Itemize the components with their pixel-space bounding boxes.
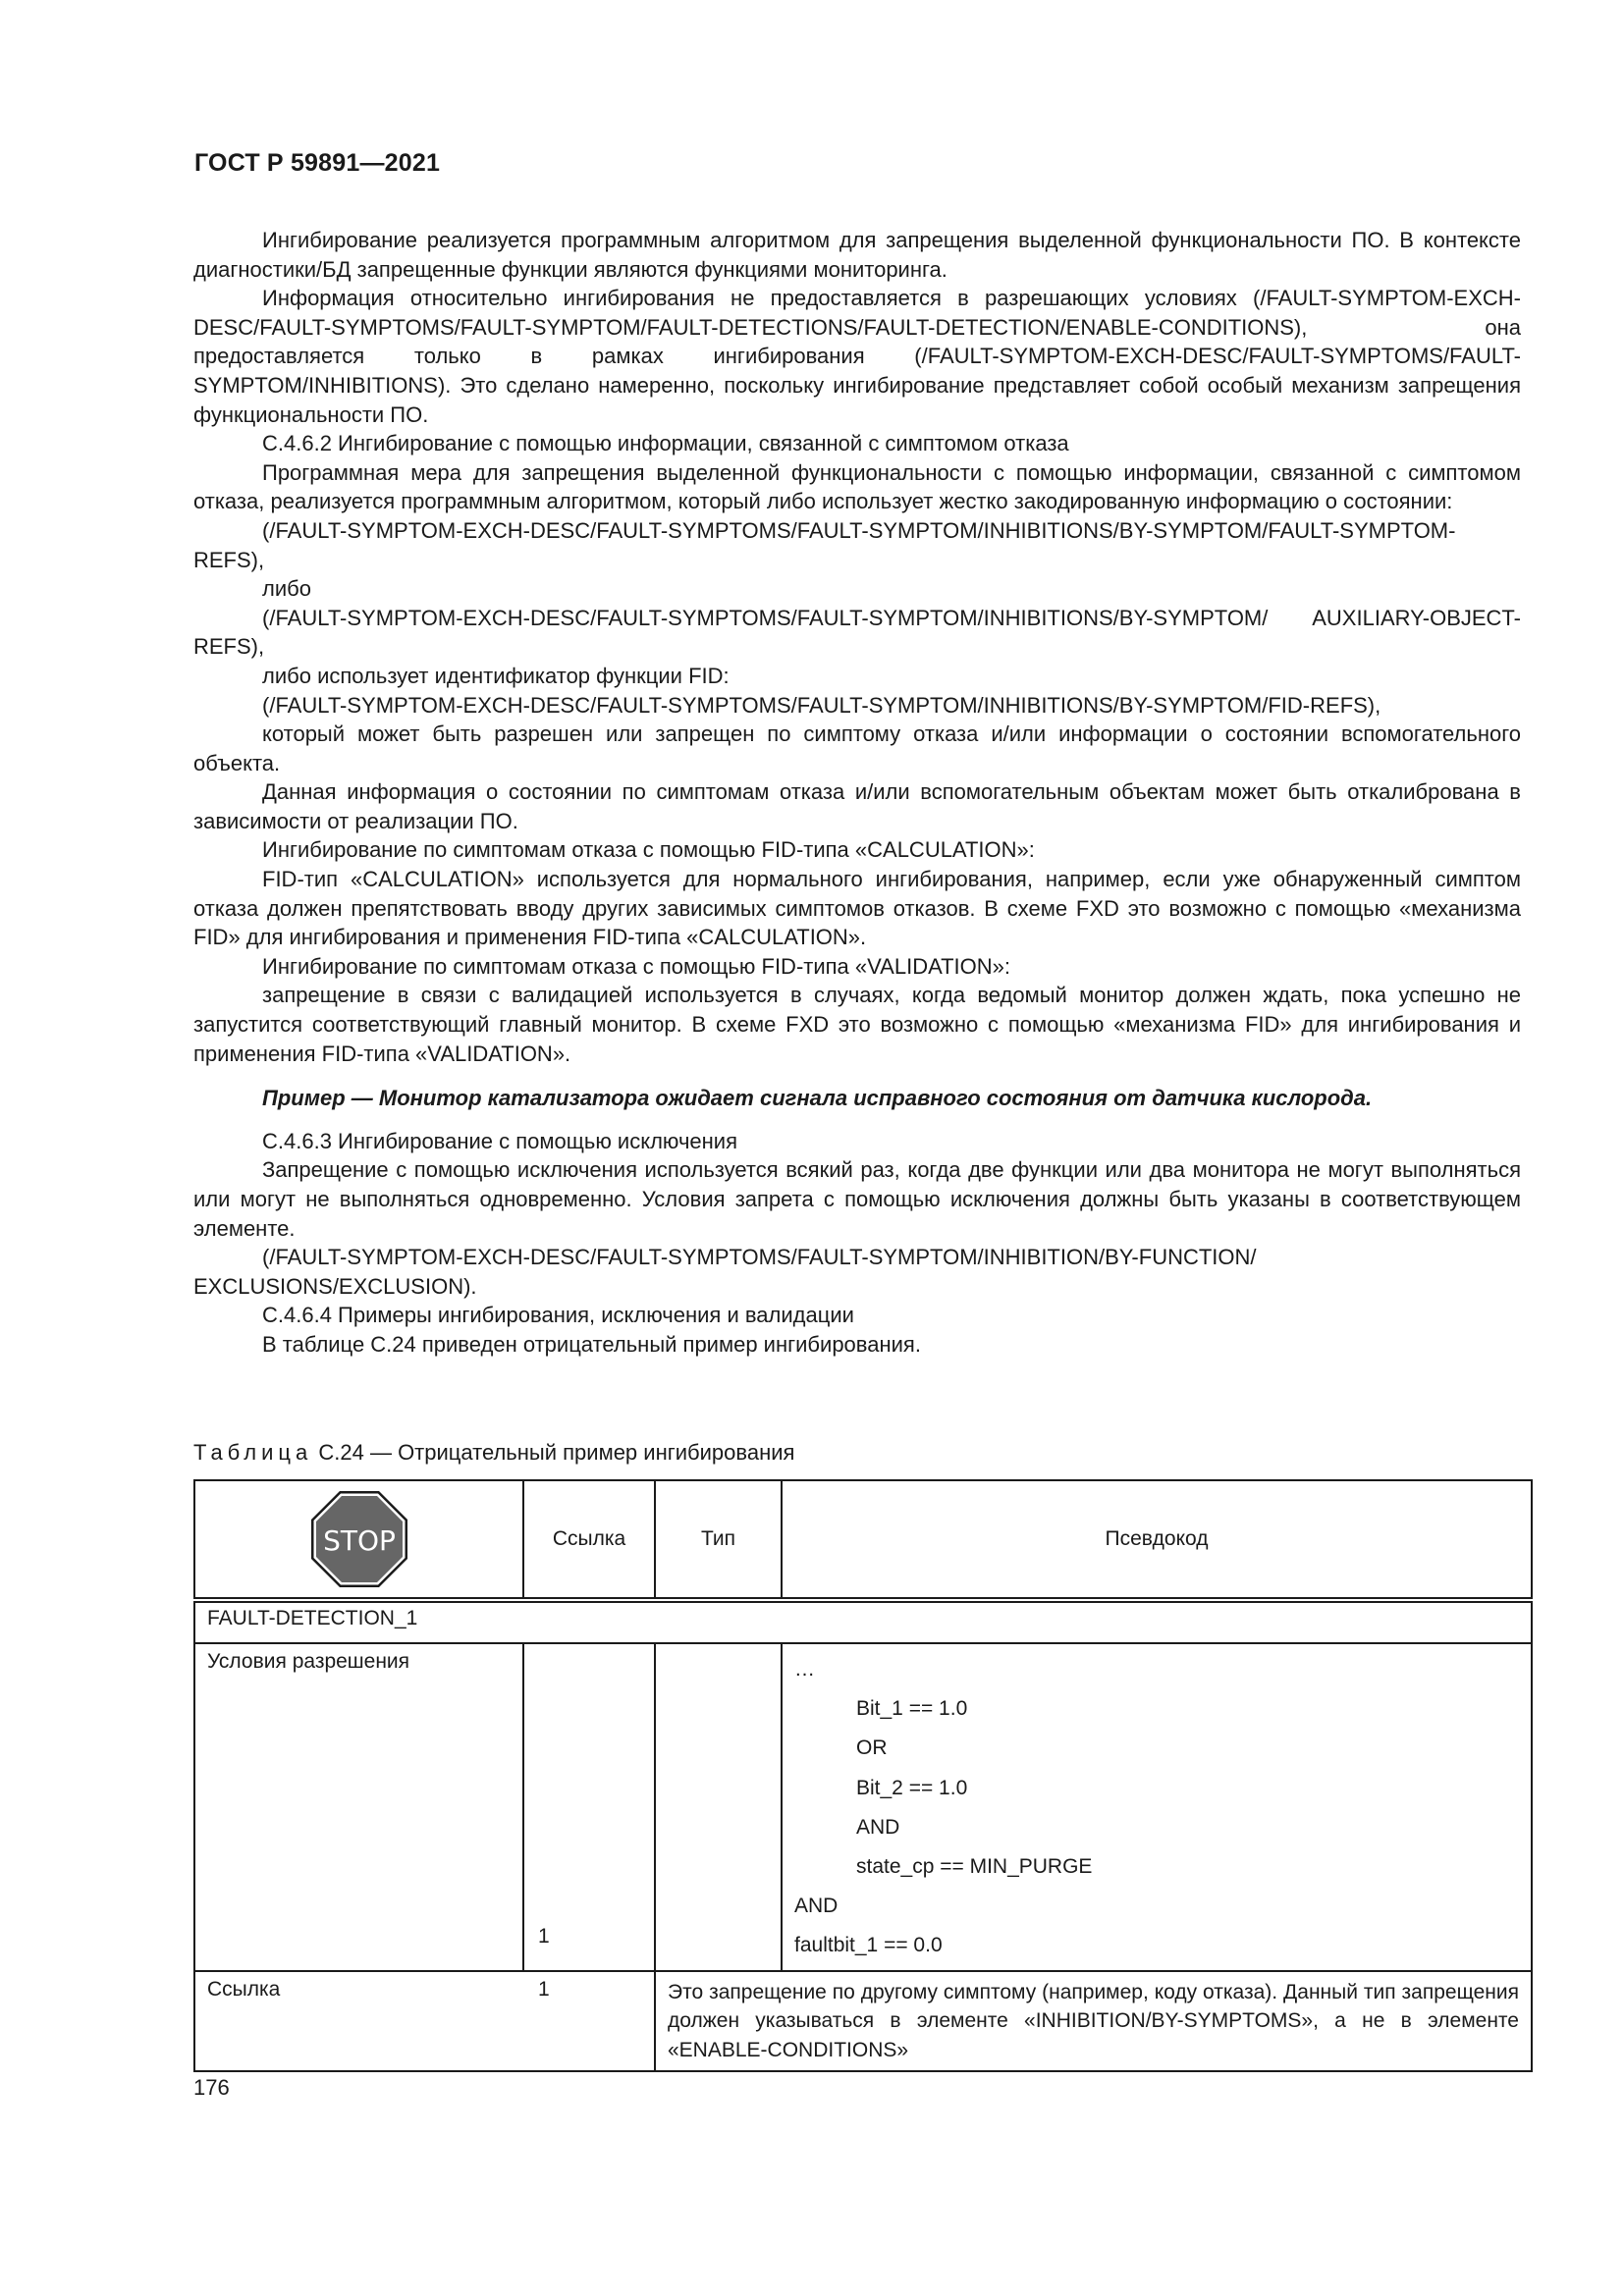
ref-description: Это запрещение по другому симптому (напр… [656, 1972, 1531, 2071]
section-heading: С.4.6.4 Примеры ингибирования, исключени… [193, 1301, 1521, 1330]
document-body: Ингибирование реализуется программным ал… [193, 226, 1521, 1360]
row-label-cell: Условия разрешения [194, 1643, 523, 1971]
svg-text:STOP: STOP [323, 1524, 396, 1557]
ref-cell: 1 [523, 1643, 655, 1971]
pseudocode-cell: … Bit_1 == 1.0 OR Bit_2 == 1.0 AND state… [782, 1643, 1532, 1971]
paragraph: FID-тип «CALCULATION» используется для н… [193, 865, 1521, 952]
xml-path: (/FAULT-SYMPTOM-EXCH-DESC/FAULT-SYMPTOMS… [193, 516, 1521, 574]
paragraph: либо [193, 574, 1521, 604]
ref-text-cell: Это запрещение по другому симптому (напр… [655, 1971, 1532, 2072]
header-pseudocode: Псевдокод [782, 1480, 1532, 1600]
row-label: Условия разрешения [195, 1644, 522, 1680]
code-line: AND [794, 1887, 1519, 1926]
table-caption-word: Таблица [193, 1440, 312, 1465]
group-label: FAULT-DETECTION_1 [194, 1600, 1532, 1643]
table-row: Условия разрешения 1 … Bit_1 == 1.0 OR B… [194, 1643, 1532, 1971]
paragraph: Запрещение с помощью исключения использу… [193, 1155, 1521, 1243]
paragraph: который может быть разрешен или запрещен… [193, 720, 1521, 777]
code-line: … [794, 1650, 1519, 1689]
code-line: AND [794, 1808, 1519, 1847]
paragraph: Ингибирование по симптомам отказа с помо… [193, 952, 1521, 982]
table-caption: Таблица С.24 — Отрицательный пример инги… [193, 1439, 794, 1467]
paragraph: запрещение в связи с валидацией использу… [193, 981, 1521, 1068]
example-note: Пример — Монитор катализатора ожидает си… [193, 1084, 1521, 1113]
code-line: OR [794, 1729, 1519, 1768]
header-ref: Ссылка [523, 1480, 655, 1600]
paragraph: В таблице С.24 приведен отрицательный пр… [193, 1330, 1521, 1360]
xml-path: (/FAULT-SYMPTOM-EXCH-DESC/FAULT-SYMPTOMS… [193, 1243, 1521, 1301]
group-row: FAULT-DETECTION_1 [194, 1600, 1532, 1643]
xml-path: (/FAULT-SYMPTOM-EXCH-DESC/FAULT-SYMPTOMS… [193, 691, 1521, 721]
table-caption-title: С.24 — Отрицательный пример ингибировани… [312, 1440, 794, 1465]
inhibition-table: STOP Ссылка Тип Псевдокод FAULT-DETECTIO… [193, 1479, 1533, 2072]
table-row: Ссылка 1 Это запрещение по другому симпт… [194, 1971, 1532, 2072]
page-number: 176 [193, 2075, 230, 2101]
document-header: ГОСТ Р 59891—2021 [194, 149, 440, 178]
table-header-row: STOP Ссылка Тип Псевдокод [194, 1480, 1532, 1600]
ref-value: 1 [538, 1925, 550, 1949]
code-line: Bit_1 == 1.0 [794, 1689, 1519, 1729]
paragraph: Данная информация о состоянии по симптом… [193, 777, 1521, 835]
code-line: state_cp == MIN_PURGE [794, 1847, 1519, 1887]
header-type: Тип [655, 1480, 782, 1600]
paragraph: Ингибирование по симптомам отказа с помо… [193, 835, 1521, 865]
row-label: Ссылка [207, 1978, 280, 2001]
paragraph: Информация относительно ингибирования не… [193, 284, 1521, 429]
type-cell [655, 1643, 782, 1971]
code-line: faultbit_1 == 0.0 [794, 1926, 1519, 1965]
header-icon-cell: STOP [194, 1480, 523, 1600]
section-heading: С.4.6.3 Ингибирование с помощью исключен… [193, 1127, 1521, 1156]
paragraph: либо использует идентификатор функции FI… [193, 662, 1521, 691]
ref-label-cell: Ссылка 1 [194, 1971, 655, 2072]
ref-value: 1 [538, 1978, 550, 2002]
paragraph: Программная мера для запрещения выделенн… [193, 458, 1521, 516]
code-line: Bit_2 == 1.0 [794, 1769, 1519, 1808]
paragraph: Ингибирование реализуется программным ал… [193, 226, 1521, 284]
xml-path: (/FAULT-SYMPTOM-EXCH-DESC/FAULT-SYMPTOMS… [193, 604, 1521, 662]
stop-sign-icon: STOP [310, 1490, 408, 1588]
section-heading: С.4.6.2 Ингибирование с помощью информац… [193, 429, 1521, 458]
